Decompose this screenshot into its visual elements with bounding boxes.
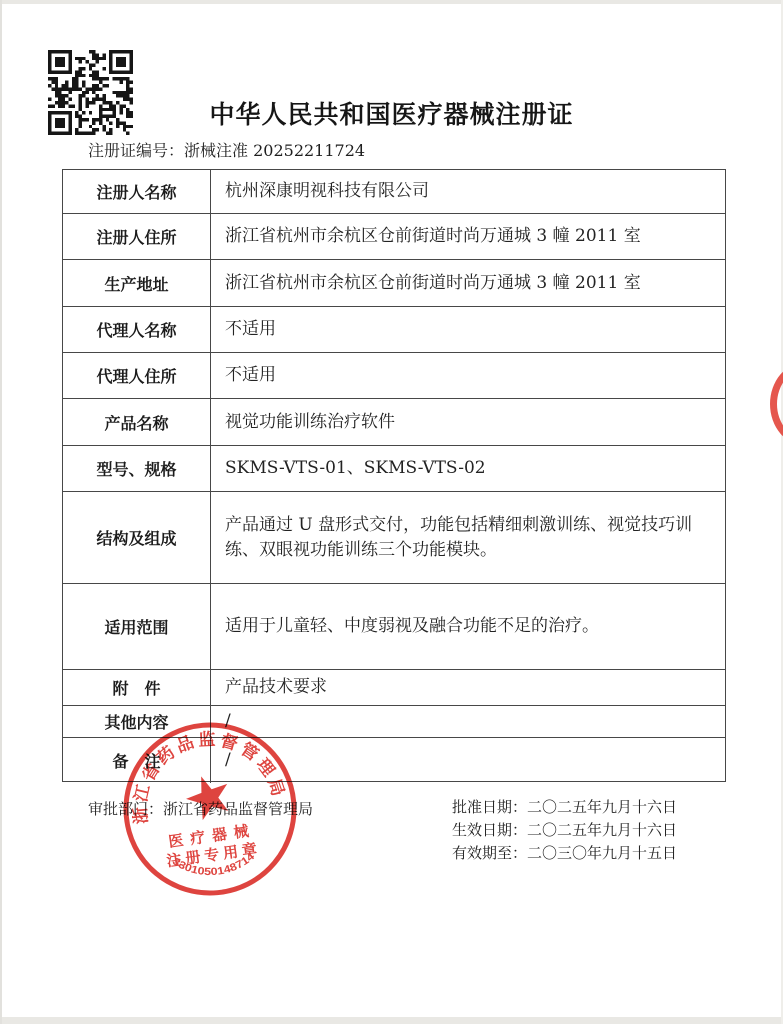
effective-date-value: 二〇二五年九月十六日 — [527, 821, 677, 839]
row-label-structure-composition: 结构及组成 — [63, 492, 211, 584]
page-edge-left — [0, 0, 2, 1024]
row-value-agent-name: 不适用 — [211, 307, 725, 353]
row-label-other-content: 其他内容 — [63, 706, 211, 738]
approval-department-label: 审批部门： — [88, 800, 163, 818]
row-label-model-spec: 型号、规格 — [63, 446, 211, 492]
registration-number-value: 浙械注准 20252211724 — [184, 141, 365, 160]
approval-date-line: 批准日期：二〇二五年九月十六日 — [452, 796, 677, 819]
row-value-structure-composition: 产品通过 U 盘形式交付，功能包括精细刺激训练、视觉技巧训练、双眼视功能训练三个… — [211, 492, 725, 584]
expiry-date-line: 有效期至：二〇三〇年九月十五日 — [452, 842, 677, 865]
row-label-registrant-name: 注册人名称 — [63, 170, 211, 214]
row-value-model-spec: SKMS-VTS-01、SKMS-VTS-02 — [211, 446, 725, 492]
row-value-scope-of-application: 适用于儿童轻、中度弱视及融合功能不足的治疗。 — [211, 584, 725, 670]
row-label-remarks: 备 注 — [63, 738, 211, 783]
approval-department-line: 审批部门：浙江省药品监督管理局 — [88, 798, 313, 819]
row-label-scope-of-application: 适用范围 — [63, 584, 211, 670]
effective-date-label: 生效日期： — [452, 821, 527, 839]
expiry-date-label: 有效期至： — [452, 844, 527, 862]
row-value-attachment: 产品技术要求 — [211, 670, 725, 706]
certificate-table: 注册人名称 杭州深康明视科技有限公司 注册人住所 浙江省杭州市余杭区仓前街道时尚… — [62, 169, 726, 782]
expiry-date-value: 二〇三〇年九月十五日 — [527, 844, 677, 862]
certificate-page: 中华人民共和国医疗器械注册证 注册证编号：浙械注准 20252211724 注册… — [0, 0, 783, 1024]
row-value-registrant-name: 杭州深康明视科技有限公司 — [211, 170, 725, 214]
registration-number-line: 注册证编号：浙械注准 20252211724 — [88, 138, 365, 161]
stamp-number: 3301050148714 — [169, 848, 258, 881]
svg-text:3301050148714: 3301050148714 — [169, 848, 258, 881]
stamp-line1: 医疗器械 — [167, 821, 257, 851]
registration-number-label: 注册证编号： — [88, 141, 184, 160]
row-label-production-address: 生产地址 — [63, 260, 211, 307]
approval-date-value: 二〇二五年九月十六日 — [527, 798, 677, 816]
row-label-agent-address: 代理人住所 — [63, 353, 211, 399]
effective-date-line: 生效日期：二〇二五年九月十六日 — [452, 819, 677, 842]
approval-department-value: 浙江省药品监督管理局 — [163, 800, 313, 818]
row-value-agent-address: 不适用 — [211, 353, 725, 399]
row-label-agent-name: 代理人名称 — [63, 307, 211, 353]
certificate-title: 中华人民共和国医疗器械注册证 — [0, 95, 783, 131]
row-label-attachment: 附 件 — [63, 670, 211, 706]
row-label-product-name: 产品名称 — [63, 399, 211, 446]
row-value-production-address: 浙江省杭州市余杭区仓前街道时尚万通城 3 幢 2011 室 — [211, 260, 725, 307]
row-label-registrant-address: 注册人住所 — [63, 214, 211, 260]
stamp-line2: 注册专用章 — [165, 839, 262, 870]
approval-date-label: 批准日期： — [452, 798, 527, 816]
page-edge-bottom — [0, 1017, 783, 1024]
row-value-registrant-address: 浙江省杭州市余杭区仓前街道时尚万通城 3 幢 2011 室 — [211, 214, 725, 260]
row-value-other-content: / — [211, 706, 725, 738]
page-edge-top — [0, 0, 783, 4]
stamp-fragment-arc — [770, 362, 783, 446]
row-value-product-name: 视觉功能训练治疗软件 — [211, 399, 725, 446]
date-block: 批准日期：二〇二五年九月十六日 生效日期：二〇二五年九月十六日 有效期至：二〇三… — [452, 796, 677, 865]
row-value-remarks: / — [211, 738, 725, 783]
